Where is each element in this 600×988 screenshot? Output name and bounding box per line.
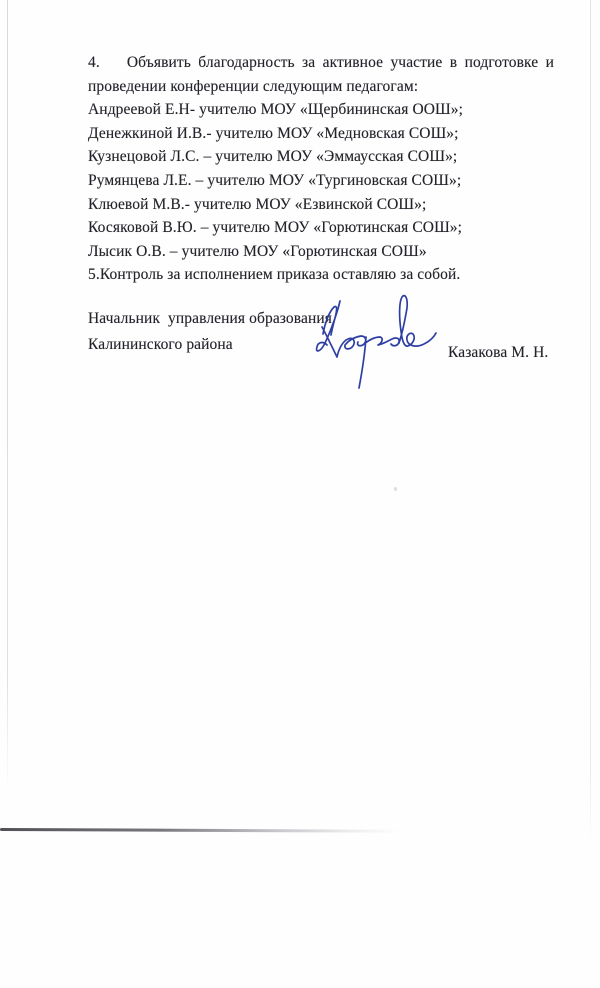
document-page: 4. Объявить благодарность за активное уч…	[0, 0, 600, 988]
teacher-line: Лысик О.В. – учителю МОУ «Горютинская СО…	[88, 240, 554, 264]
order-text-block: 4. Объявить благодарность за активное уч…	[88, 51, 554, 287]
teacher-line: Денежкиной И.В.- учителю МОУ «Медновская…	[88, 122, 554, 146]
scan-fold-line	[0, 828, 400, 833]
scan-page-edge-right	[590, 0, 591, 845]
teacher-line: Андреевой Е.Н- учителю МОУ «Щербининская…	[88, 98, 554, 122]
teacher-line: Румянцева Л.Е. – учителю МОУ «Тургиновск…	[88, 169, 554, 193]
order-item-5: 5.Контроль за исполнением приказа оставл…	[88, 263, 554, 287]
order-item-4-text: Объявить благодарность за активное участ…	[127, 51, 554, 75]
teacher-line: Косяковой В.Ю. – учителю МОУ «Горютинска…	[88, 216, 554, 240]
signature-stroke	[317, 296, 436, 388]
teacher-line: Клюевой М.В.- учителю МОУ «Езвинской СОШ…	[88, 193, 554, 217]
scan-speck	[394, 487, 397, 491]
signature-ink	[303, 288, 438, 393]
teacher-line: Кузнецовой Л.С. – учителю МОУ «Эммаусска…	[88, 145, 554, 169]
order-item-4-line-2: проведении конференции следующим педагог…	[88, 75, 554, 99]
order-item-4-number: 4.	[88, 51, 100, 75]
order-item-4-line-1: 4. Объявить благодарность за активное уч…	[88, 51, 554, 75]
signer-name: Казакова М. Н.	[448, 344, 548, 362]
scan-page-edge-left	[7, 0, 8, 792]
